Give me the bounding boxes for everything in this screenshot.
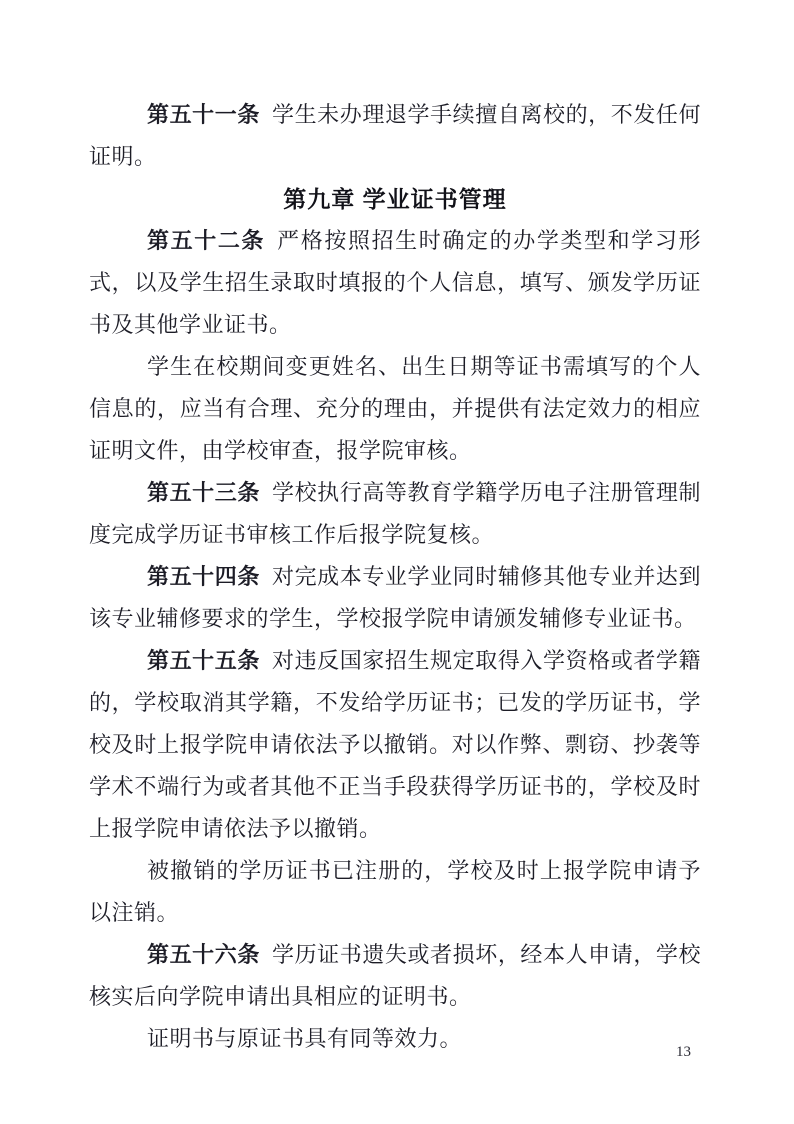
article-55-paragraph: 第五十五条对违反国家招生规定取得入学资格或者学籍的，学校取消其学籍，不发给学历证… xyxy=(89,640,701,850)
article-52-paragraph: 第五十二条严格按照招生时确定的办学类型和学习形式，以及学生招生录取时填报的个人信… xyxy=(89,220,701,346)
article-51-paragraph: 第五十一条学生未办理退学手续擅自离校的，不发任何证明。 xyxy=(89,94,701,178)
article-54-label: 第五十四条 xyxy=(147,564,272,589)
article-55-label: 第五十五条 xyxy=(147,648,272,673)
document-body: 第五十一条学生未办理退学手续擅自离校的，不发任何证明。 第九章 学业证书管理 第… xyxy=(89,94,701,1060)
chapter-9-heading: 第九章 学业证书管理 xyxy=(89,178,701,220)
article-51-label: 第五十一条 xyxy=(147,102,272,127)
page-number: 13 xyxy=(676,1045,691,1060)
info-change-paragraph: 学生在校期间变更姓名、出生日期等证书需填写的个人信息的，应当有合理、充分的理由，… xyxy=(89,346,701,472)
equal-validity-paragraph: 证明书与原证书具有同等效力。 xyxy=(89,1018,701,1060)
article-55-text: 对违反国家招生规定取得入学资格或者学籍的，学校取消其学籍，不发给学历证书；已发的… xyxy=(89,648,701,841)
article-52-label: 第五十二条 xyxy=(147,228,277,253)
article-54-paragraph: 第五十四条对完成本专业学业同时辅修其他专业并达到该专业辅修要求的学生，学校报学院… xyxy=(89,556,701,640)
revoked-registered-paragraph: 被撤销的学历证书已注册的，学校及时上报学院申请予以注销。 xyxy=(89,850,701,934)
info-change-text: 学生在校期间变更姓名、出生日期等证书需填写的个人信息的，应当有合理、充分的理由，… xyxy=(89,354,701,463)
article-56-label: 第五十六条 xyxy=(147,942,272,967)
article-56-paragraph: 第五十六条学历证书遗失或者损坏，经本人申请，学校核实后向学院申请出具相应的证明书… xyxy=(89,934,701,1018)
equal-validity-text: 证明书与原证书具有同等效力。 xyxy=(147,1026,462,1051)
article-53-paragraph: 第五十三条学校执行高等教育学籍学历电子注册管理制度完成学历证书审核工作后报学院复… xyxy=(89,472,701,556)
article-53-label: 第五十三条 xyxy=(147,480,272,505)
revoked-registered-text: 被撤销的学历证书已注册的，学校及时上报学院申请予以注销。 xyxy=(89,858,701,925)
document-page: 第五十一条学生未办理退学手续擅自离校的，不发任何证明。 第九章 学业证书管理 第… xyxy=(0,0,794,1124)
